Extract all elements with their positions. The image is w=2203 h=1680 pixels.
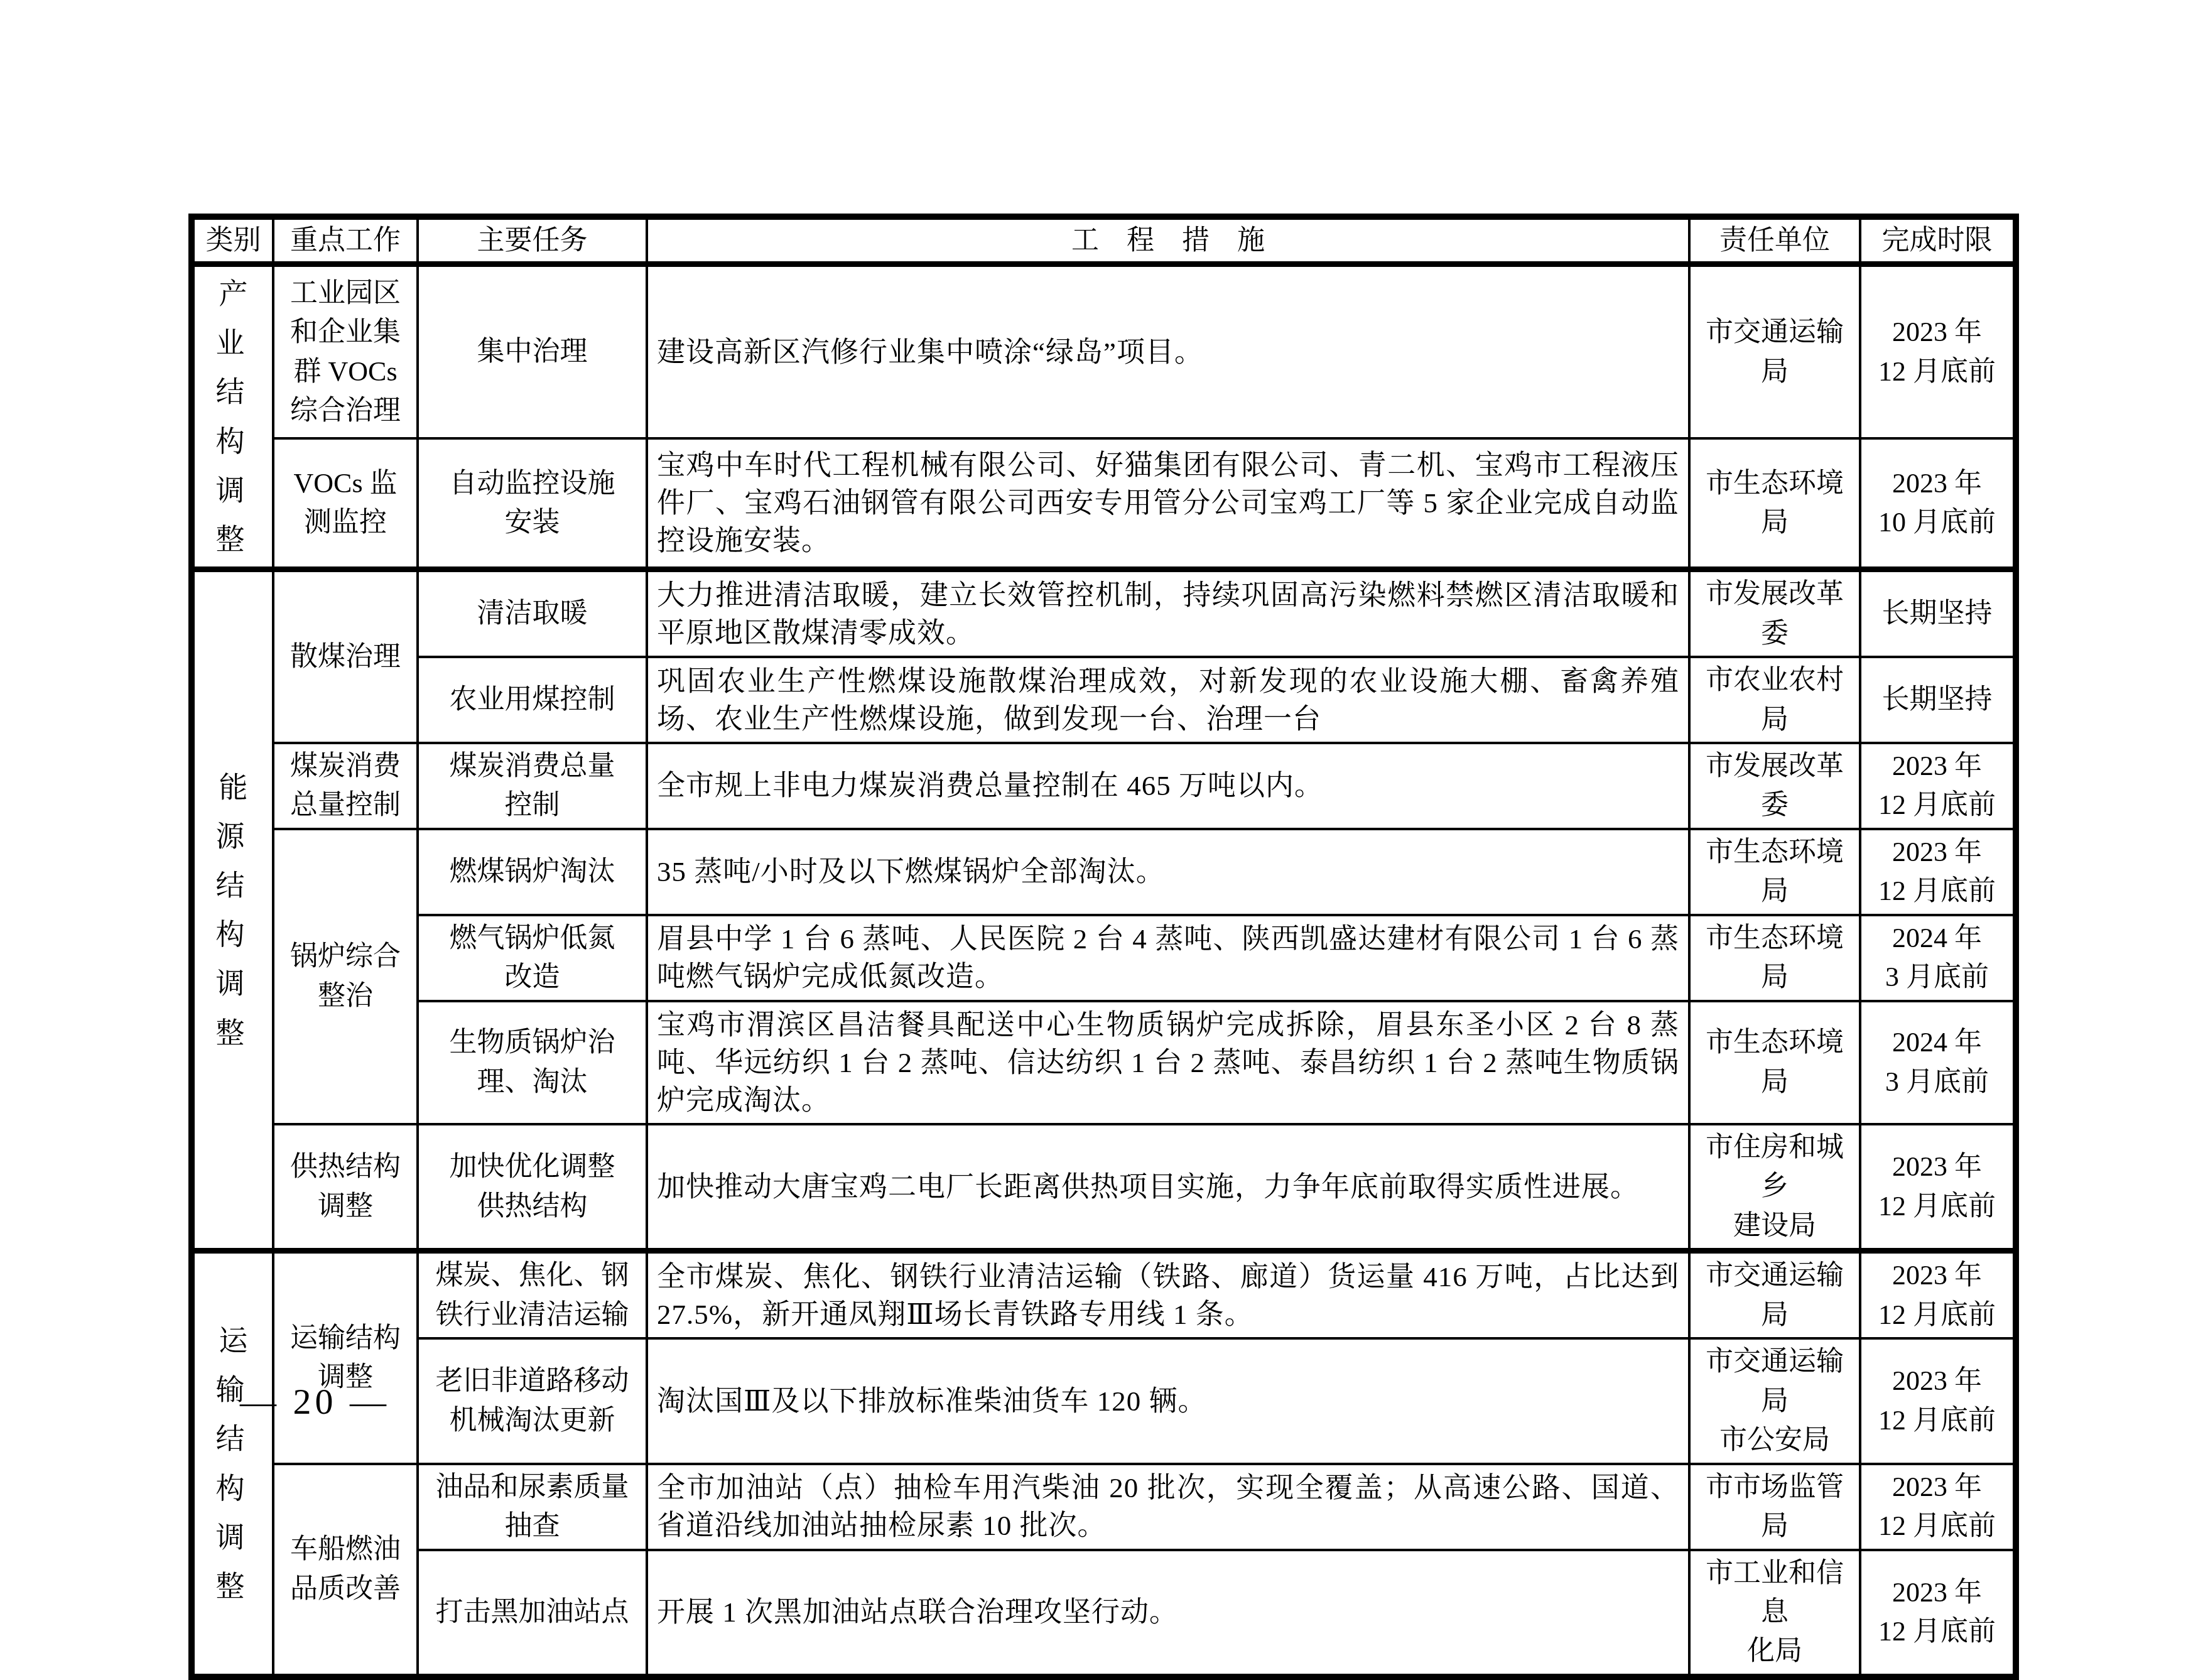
unit-cell: 市交通运输局 市公安局 [1689,1338,1860,1463]
table-row: 农业用煤控制 巩固农业生产性燃煤设施散煤治理成效，对新发现的农业设施大棚、畜禽养… [192,657,2016,743]
measure-cell: 全市煤炭、焦化、钢铁行业清洁运输（铁路、廊道）货运量 416 万吨，占比达到 2… [647,1251,1689,1338]
unit-cell: 市市场监管局 [1689,1464,1860,1550]
deadline-cell: 2023 年 12 月底前 [1860,743,2016,829]
deadline-cell: 2023 年 12 月底前 [1860,1464,2016,1550]
deadline-cell: 长期坚持 [1860,657,2016,743]
table-row: 煤炭消费 总量控制 煤炭消费总量 控制 全市规上非电力煤炭消费总量控制在 465… [192,743,2016,829]
unit-cell: 市工业和信息 化局 [1689,1550,1860,1677]
task-cell: 煤炭、焦化、钢 铁行业清洁运输 [418,1251,647,1338]
unit-cell: 市生态环境局 [1689,1001,1860,1124]
unit-cell: 市住房和城乡 建设局 [1689,1124,1860,1251]
measure-cell: 加快推动大唐宝鸡二电厂长距离供热项目实施，力争年底前取得实质性进展。 [647,1124,1689,1251]
key-work-cell: 工业园区 和企业集 群 VOCs 综合治理 [273,264,418,439]
measure-cell: 开展 1 次黑加油站点联合治理攻坚行动。 [647,1550,1689,1677]
measure-cell: 建设高新区汽修行业集中喷涂“绿岛”项目。 [647,264,1689,439]
measure-cell: 35 蒸吨/小时及以下燃煤锅炉全部淘汰。 [647,829,1689,915]
deadline-cell: 长期坚持 [1860,570,2016,657]
unit-cell: 市生态环境局 [1689,438,1860,569]
task-cell: 集中治理 [418,264,647,439]
deadline-cell: 2023 年 12 月底前 [1860,264,2016,439]
unit-cell: 市交通运输局 [1689,1251,1860,1338]
measure-cell: 宝鸡市渭滨区昌洁餐具配送中心生物质锅炉完成拆除，眉县东圣小区 2 台 8 蒸吨、… [647,1001,1689,1124]
task-table: 类别 重点工作 主要任务 工 程 措 施 责任单位 完成时限 产业 结构 调整 … [188,214,2019,1680]
col-header-unit: 责任单位 [1689,217,1860,264]
col-header-key-work: 重点工作 [273,217,418,264]
deadline-cell: 2023 年 12 月底前 [1860,1251,2016,1338]
table-row: 生物质锅炉治 理、淘汰 宝鸡市渭滨区昌洁餐具配送中心生物质锅炉完成拆除，眉县东圣… [192,1001,2016,1124]
task-cell: 生物质锅炉治 理、淘汰 [418,1001,647,1124]
deadline-cell: 2024 年 3 月底前 [1860,915,2016,1001]
category-cell: 运输 结构 调整 [192,1251,273,1677]
table-row: 燃气锅炉低氮 改造 眉县中学 1 台 6 蒸吨、人民医院 2 台 4 蒸吨、陕西… [192,915,2016,1001]
table-row: 打击黑加油站点 开展 1 次黑加油站点联合治理攻坚行动。 市工业和信息 化局 2… [192,1550,2016,1677]
table-row: 运输 结构 调整 运输结构 调整 煤炭、焦化、钢 铁行业清洁运输 全市煤炭、焦化… [192,1251,2016,1338]
task-cell: 油品和尿素质量 抽查 [418,1464,647,1550]
key-work-cell: 供热结构 调整 [273,1124,418,1251]
unit-cell: 市交通运输局 [1689,264,1860,439]
measure-cell: 全市规上非电力煤炭消费总量控制在 465 万吨以内。 [647,743,1689,829]
col-header-measure: 工 程 措 施 [647,217,1689,264]
deadline-cell: 2023 年 10 月底前 [1860,438,2016,569]
category-cell: 产业 结构 调整 [192,264,273,570]
measure-cell: 大力推进清洁取暖，建立长效管控机制，持续巩固高污染燃料禁燃区清洁取暖和平原地区散… [647,570,1689,657]
measure-cell: 宝鸡中车时代工程机械有限公司、好猫集团有限公司、青二机、宝鸡市工程液压件厂、宝鸡… [647,438,1689,569]
task-cell: 自动监控设施 安装 [418,438,647,569]
unit-cell: 市农业农村局 [1689,657,1860,743]
measure-cell: 淘汰国Ⅲ及以下排放标准柴油货车 120 辆。 [647,1338,1689,1463]
table-header-row: 类别 重点工作 主要任务 工 程 措 施 责任单位 完成时限 [192,217,2016,264]
task-cell: 燃气锅炉低氮 改造 [418,915,647,1001]
key-work-cell: 运输结构 调整 [273,1251,418,1464]
col-header-category: 类别 [192,217,273,264]
measure-cell: 全市加油站（点）抽检车用汽柴油 20 批次，实现全覆盖；从高速公路、国道、省道沿… [647,1464,1689,1550]
key-work-cell: 车船燃油 品质改善 [273,1464,418,1677]
unit-cell: 市发展改革委 [1689,743,1860,829]
table-row: 产业 结构 调整 工业园区 和企业集 群 VOCs 综合治理 集中治理 建设高新… [192,264,2016,439]
key-work-cell: VOCs 监 测监控 [273,438,418,569]
deadline-cell: 2023 年 12 月底前 [1860,1338,2016,1463]
task-cell: 打击黑加油站点 [418,1550,647,1677]
col-header-task: 主要任务 [418,217,647,264]
table-row: 车船燃油 品质改善 油品和尿素质量 抽查 全市加油站（点）抽检车用汽柴油 20 … [192,1464,2016,1550]
task-cell: 加快优化调整 供热结构 [418,1124,647,1251]
table-row: 能源 结构 调整 散煤治理 清洁取暖 大力推进清洁取暖，建立长效管控机制，持续巩… [192,570,2016,657]
col-header-deadline: 完成时限 [1860,217,2016,264]
key-work-cell: 锅炉综合 整治 [273,829,418,1124]
task-cell: 燃煤锅炉淘汰 [418,829,647,915]
key-work-cell: 散煤治理 [273,570,418,743]
table-row: 老旧非道路移动 机械淘汰更新 淘汰国Ⅲ及以下排放标准柴油货车 120 辆。 市交… [192,1338,2016,1463]
deadline-cell: 2023 年 12 月底前 [1860,1124,2016,1251]
key-work-cell: 煤炭消费 总量控制 [273,743,418,829]
category-cell: 能源 结构 调整 [192,570,273,1251]
table-row: 锅炉综合 整治 燃煤锅炉淘汰 35 蒸吨/小时及以下燃煤锅炉全部淘汰。 市生态环… [192,829,2016,915]
unit-cell: 市生态环境局 [1689,829,1860,915]
unit-cell: 市生态环境局 [1689,915,1860,1001]
task-cell: 农业用煤控制 [418,657,647,743]
measure-cell: 眉县中学 1 台 6 蒸吨、人民医院 2 台 4 蒸吨、陕西凯盛达建材有限公司 … [647,915,1689,1001]
deadline-cell: 2023 年 12 月底前 [1860,829,2016,915]
task-cell: 老旧非道路移动 机械淘汰更新 [418,1338,647,1463]
measure-cell: 巩固农业生产性燃煤设施散煤治理成效，对新发现的农业设施大棚、畜禽养殖场、农业生产… [647,657,1689,743]
document-page: { "page": { "footer": "— 20 —" }, "table… [0,0,2203,1558]
table-row: VOCs 监 测监控 自动监控设施 安装 宝鸡中车时代工程机械有限公司、好猫集团… [192,438,2016,569]
unit-cell: 市发展改革委 [1689,570,1860,657]
deadline-cell: 2024 年 3 月底前 [1860,1001,2016,1124]
task-cell: 煤炭消费总量 控制 [418,743,647,829]
task-cell: 清洁取暖 [418,570,647,657]
page-number: — 20 — [240,1380,390,1423]
deadline-cell: 2023 年 12 月底前 [1860,1550,2016,1677]
table-row: 供热结构 调整 加快优化调整 供热结构 加快推动大唐宝鸡二电厂长距离供热项目实施… [192,1124,2016,1251]
